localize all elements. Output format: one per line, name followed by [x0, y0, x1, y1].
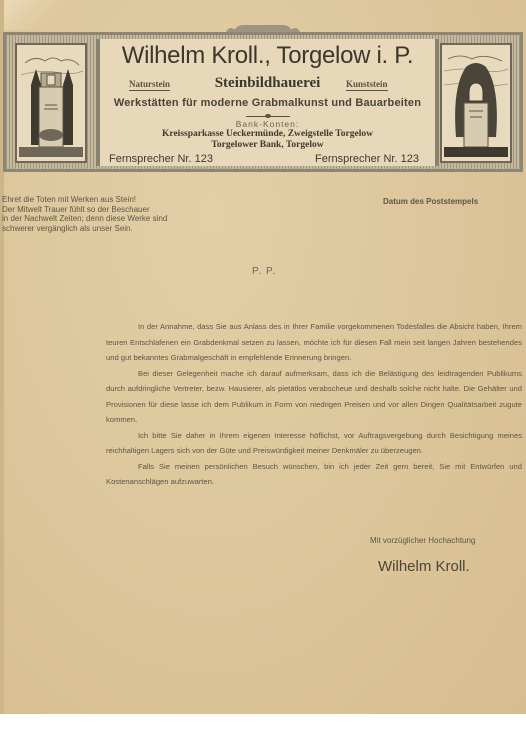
- right-gravestone-illustration: [440, 43, 512, 163]
- signature: Wilhelm Kroll.: [378, 558, 470, 575]
- company-title: Wilhelm Kroll., Torgelow i. P.: [100, 42, 435, 70]
- motto-line: schwerer vergänglich als unser Sein.: [2, 224, 262, 234]
- letter-body: In der Annahme, dass Sie aus Anlass des …: [106, 319, 522, 490]
- arched-gravestone-icon: [442, 45, 510, 161]
- letterhead-frame: Wilhelm Kroll., Torgelow i. P. Naturstei…: [3, 32, 523, 172]
- closing-phrase: Mit vorzüglicher Hochachtung: [370, 536, 475, 545]
- body-paragraph: In der Annahme, dass Sie aus Anlass des …: [106, 319, 522, 366]
- phone-right: Fernsprecher Nr. 123: [315, 153, 419, 165]
- letter-paper: Wilhelm Kroll., Torgelow i. P. Naturstei…: [0, 0, 526, 714]
- tagline: Werkstätten für moderne Grabmalkunst und…: [100, 97, 435, 109]
- motto-verse: Ehret die Toten mit Werken aus Stein! De…: [2, 195, 262, 233]
- body-paragraph: Bei dieser Gelegenheit mache ich darauf …: [106, 366, 522, 428]
- bank-account-2: Torgelower Bank, Torgelow: [100, 140, 435, 150]
- trade-row: Naturstein Steinbildhauerei Kunststein: [100, 75, 435, 93]
- divider-ornament: [246, 114, 290, 118]
- gravestone-cypress-icon: [17, 45, 85, 161]
- paper-fold-highlight: [0, 0, 70, 30]
- bank-accounts-label: Bank-Konten:: [100, 119, 435, 129]
- date-field: Datum des Poststempels: [383, 197, 478, 206]
- motto-line: Ehret die Toten mit Werken aus Stein!: [2, 195, 262, 205]
- salutation: P. P.: [252, 266, 276, 277]
- body-paragraph: Falls Sie meinen persönlichen Besuch wün…: [106, 459, 522, 490]
- motto-line: Der Mitwelt Trauer fühlt so der Beschaue…: [2, 205, 262, 215]
- letterhead-center: Wilhelm Kroll., Torgelow i. P. Naturstei…: [96, 39, 439, 166]
- bank-account-1: Kreissparkasse Ueckermünde, Zweigstelle …: [100, 129, 435, 139]
- phone-left: Fernsprecher Nr. 123: [109, 153, 213, 165]
- motto-line: in der Nachwelt Zeiten; denn diese Werke…: [2, 214, 262, 224]
- body-paragraph: Ich bitte Sie daher in Ihrem eigenen Int…: [106, 428, 522, 459]
- left-gravestone-illustration: [15, 43, 87, 163]
- kunststein-label: Kunststein: [346, 79, 388, 91]
